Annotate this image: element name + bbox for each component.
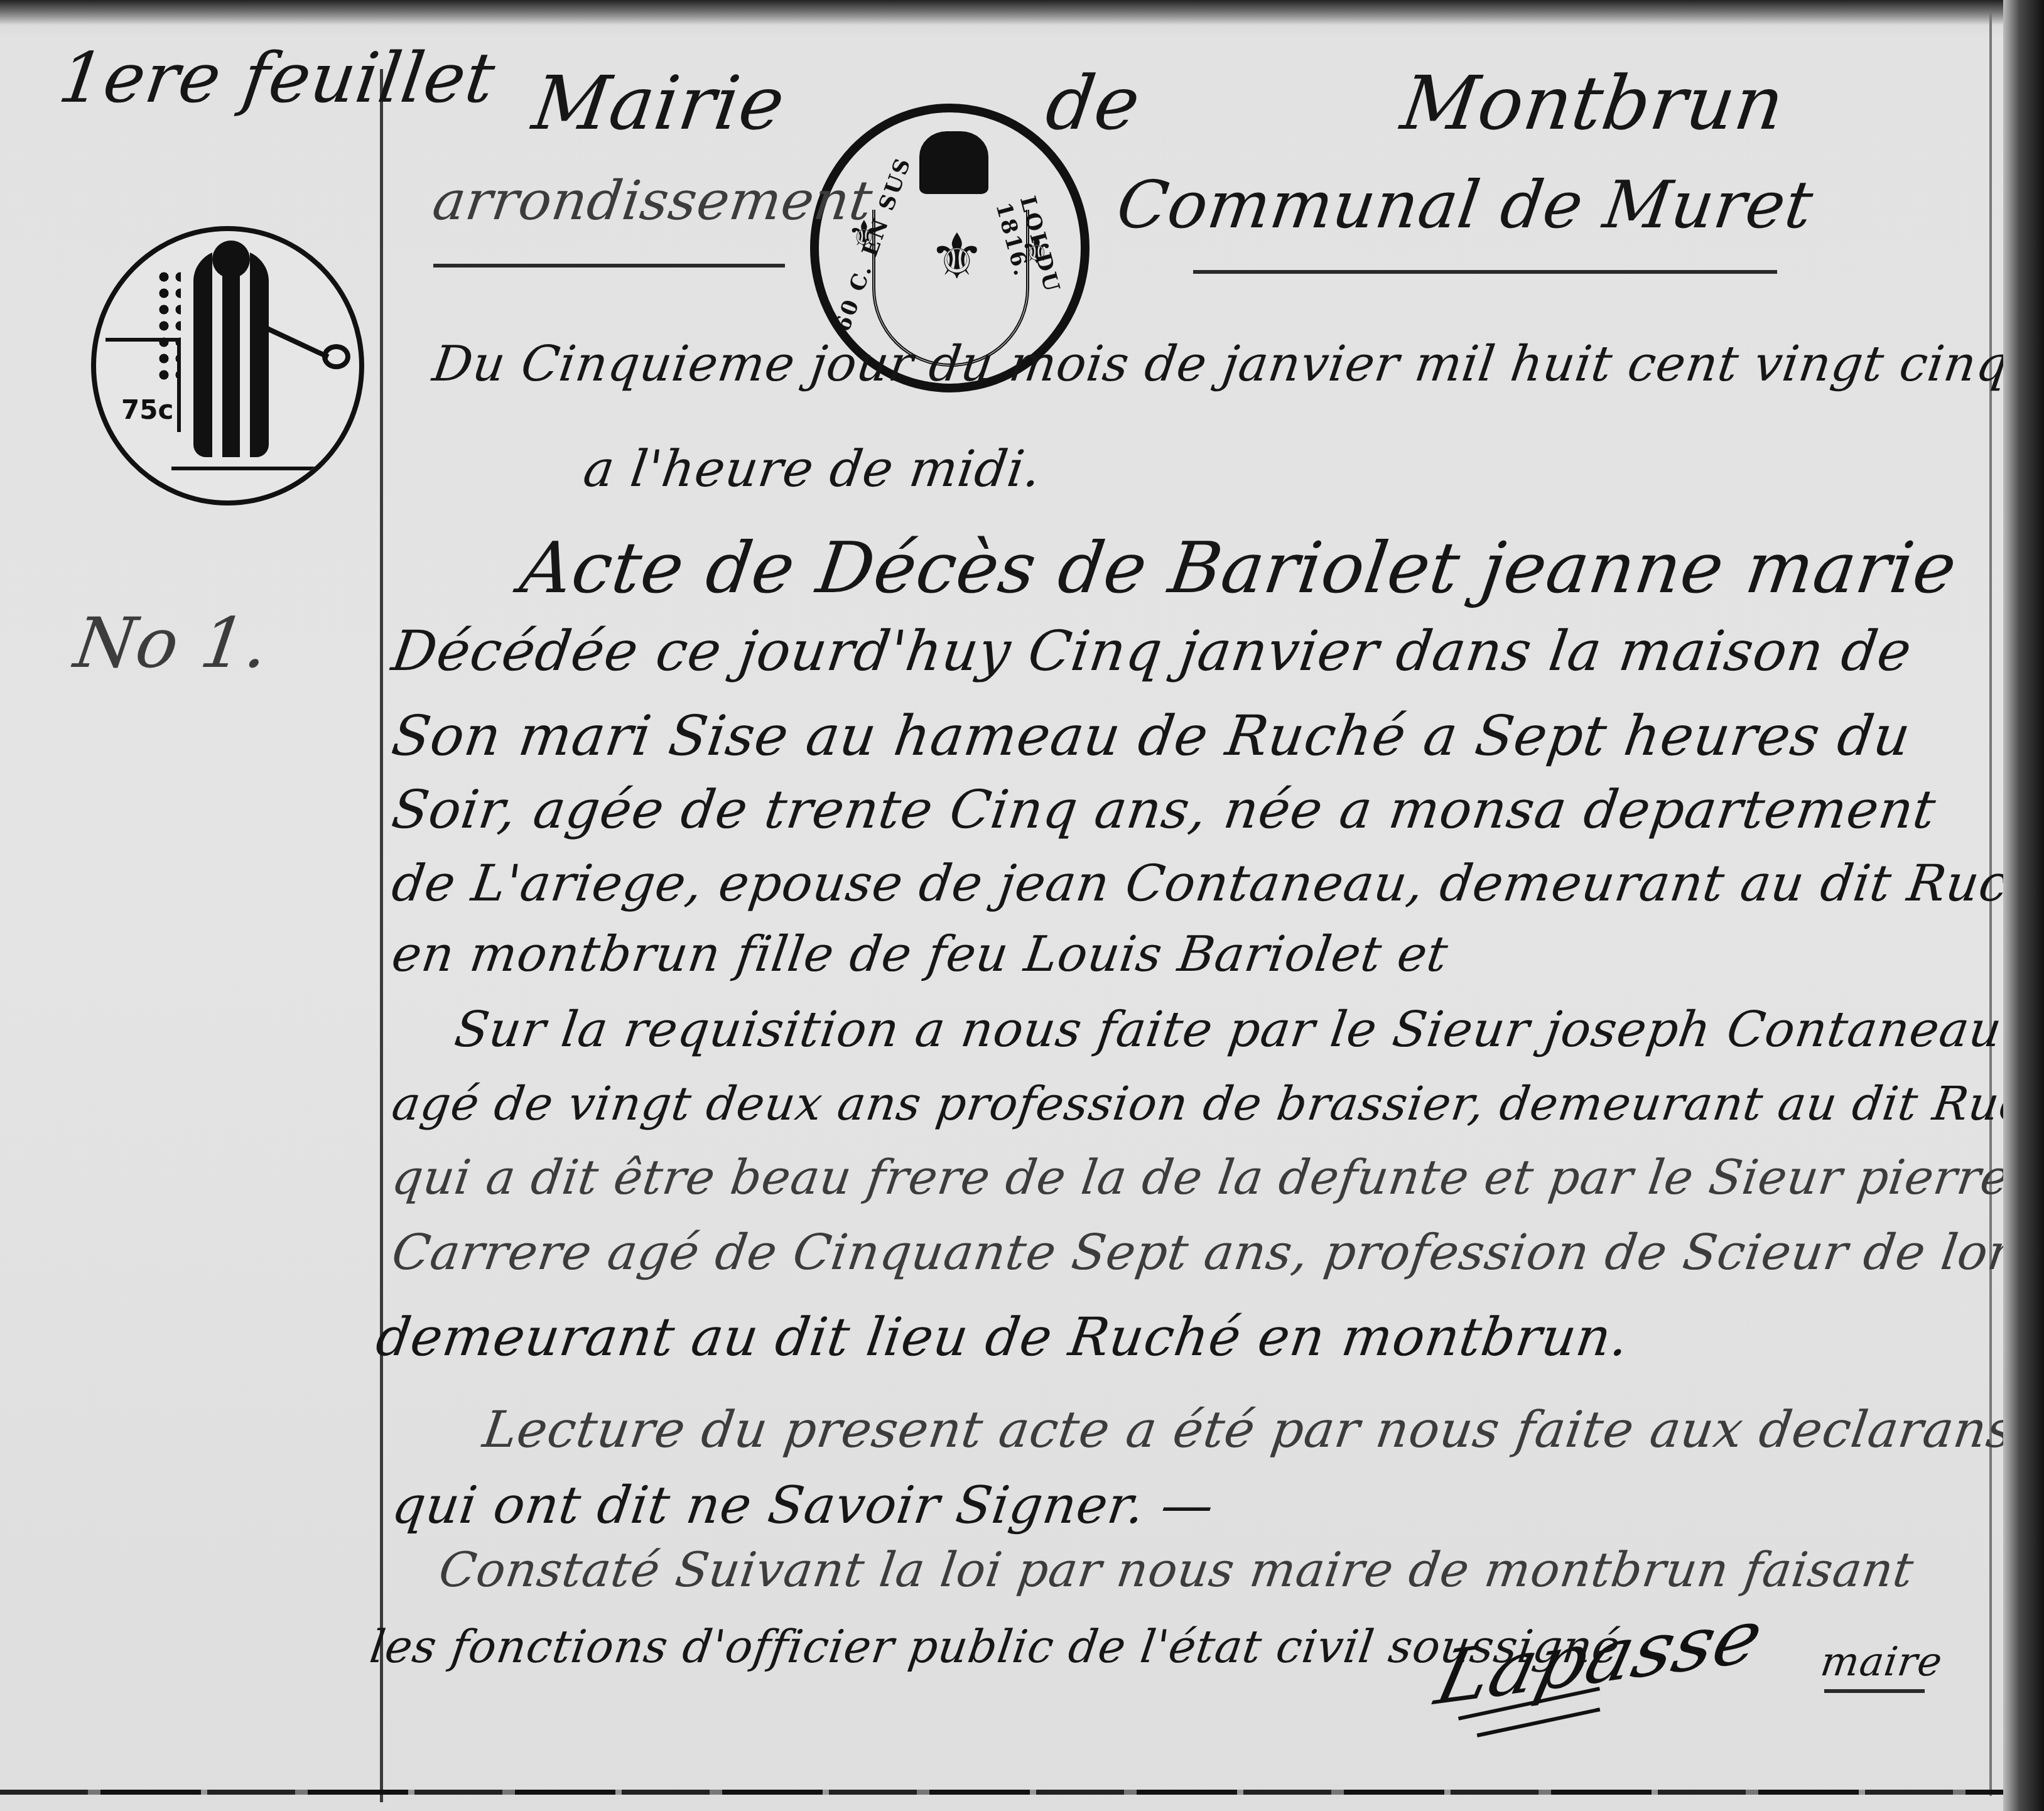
date-line-1: Du Cinquieme jour du mois de janvier mil… [430, 336, 2013, 392]
header-underline-right [1193, 270, 1777, 274]
body-line-3: Soir, agée de trente Cinq ans, née a mon… [388, 779, 1940, 840]
bottom-page-rule [0, 1790, 2003, 1795]
body-line-11: Lecture du present acte a été par nous f… [479, 1400, 2017, 1459]
body-line-2: Son mari Sise au hameau de Ruché a Sept … [388, 703, 1915, 768]
fiscal-stamp: 75c [91, 226, 364, 505]
signature-title: maire [1818, 1639, 1945, 1685]
body-line-8: qui a dit être beau frere de la de la de… [389, 1149, 2014, 1205]
header-underline-left [433, 264, 785, 268]
margin-rule [380, 69, 383, 1802]
header-arrondissement: arrondissement [429, 170, 877, 232]
stamp-base-line [171, 467, 322, 470]
body-line-7: agé de vingt deux ans profession de bras… [389, 1077, 2044, 1131]
body-line-10: demeurant au dit lieu de Ruché en montbr… [372, 1306, 1633, 1368]
header-communal: Communal de Muret [1112, 166, 1818, 243]
body-line-9: Carrere agé de Cinquante Sept ans, profe… [389, 1224, 2044, 1281]
body-line-13: Constaté Suivant la loi par nous maire d… [436, 1542, 1917, 1597]
body-line-5: en montbrun fille de feu Louis Bariolet … [389, 926, 1452, 983]
scan-top-shadow [0, 0, 2003, 25]
stamp-value: 75c [121, 394, 173, 425]
book-spine-edge [2003, 0, 2044, 1811]
entry-number: No 1. [70, 603, 274, 683]
body-line-6: Sur la requisition a nous faite par le S… [452, 1002, 2006, 1058]
sheet-label: 1ere feuillet [54, 38, 500, 118]
body-line-12: qui ont dit ne Savoir Signer. — [388, 1476, 1218, 1535]
disc-icon [322, 344, 350, 369]
signature-title-underline [1824, 1689, 1925, 1693]
header-mairie: Mairie de Montbrun [527, 60, 1790, 146]
fleur-de-lis-icon: ⚜ [929, 225, 985, 288]
record-title: Acte de Décès de Bariolet jeanne marie [516, 527, 1962, 609]
figure-arm-shape [264, 325, 329, 359]
body-line-4: de L'ariege, epouse de jean Contaneau, d… [388, 854, 2044, 912]
mayor-signature: Lapasse [1429, 1592, 1771, 1722]
date-line-2: a l'heure de midi. [580, 440, 1045, 498]
body-line-14: les fonctions d'officier public de l'éta… [367, 1620, 1623, 1673]
body-line-1: Décédée ce jourd'huy Cinq janvier dans l… [388, 619, 1916, 683]
allegorical-figure-icon [193, 250, 269, 457]
document-page: 1ere feuillet No 1. 75c ⚜ ⚜ ⚜ 60 C. EN S… [0, 0, 2003, 1811]
olive-branch-icon [156, 269, 181, 382]
figure-head-shape [212, 241, 250, 278]
